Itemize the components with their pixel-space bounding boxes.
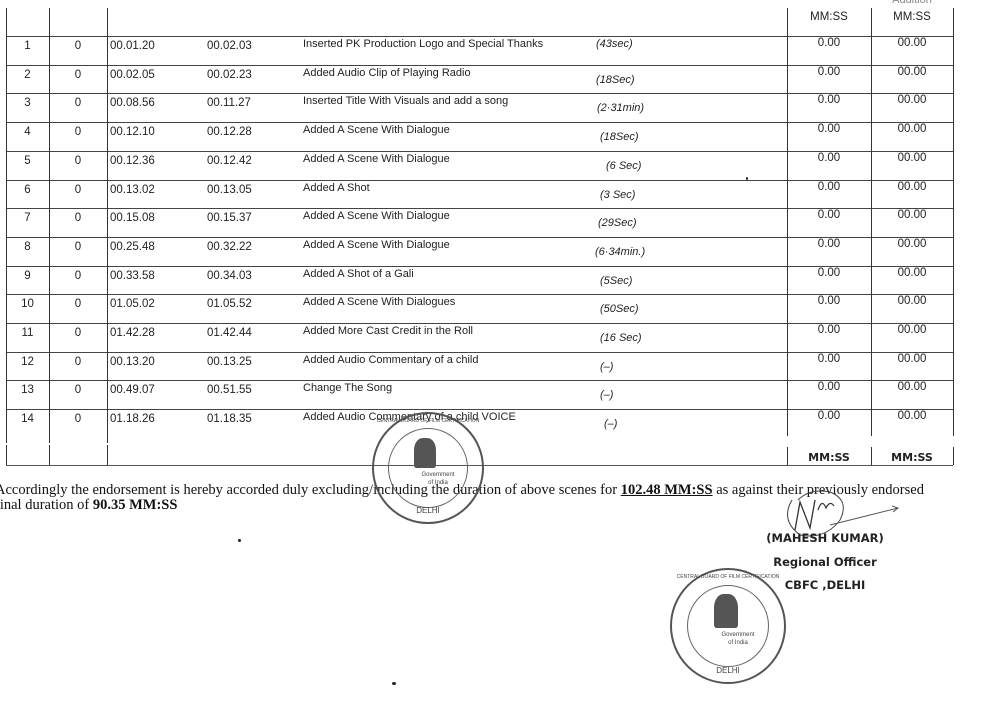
addition-value: 00.00 — [871, 353, 953, 365]
signatory-designation: Regional Officer — [745, 555, 905, 569]
time-from: 00.08.56 — [110, 97, 155, 109]
scene-description: Added A Shot — [303, 182, 370, 194]
time-from: 00.12.36 — [110, 155, 155, 167]
scene-description: Added A Shot of a Gali — [303, 268, 414, 280]
duration-value: 0.00 — [787, 209, 871, 221]
table-row: 6000.13.0200.13.05Added A Shot(3 Sec)0.0… — [0, 180, 1000, 209]
serial-number: 14 — [6, 413, 49, 425]
scene-description: Added A Scene With Dialogue — [303, 153, 450, 165]
table-row: 3000.08.5600.11.27Inserted Title With Vi… — [0, 93, 1000, 122]
reel-number: 0 — [49, 298, 107, 310]
row-divider — [6, 93, 953, 94]
time-to: 00.12.28 — [207, 126, 252, 138]
addition-value: 00.00 — [871, 410, 953, 422]
addition-value: 00.00 — [871, 123, 953, 135]
serial-number: 4 — [6, 126, 49, 138]
table-row: 7000.15.0800.15.37Added A Scene With Dia… — [0, 208, 1000, 237]
duration-total-label: MM:SS — [787, 451, 871, 464]
serial-number: 10 — [6, 298, 49, 310]
column-divider — [107, 8, 108, 443]
cbfc-stamp-icon: Government of India DELHI CENTRAL BOARD … — [670, 568, 786, 684]
reel-number: 0 — [49, 241, 107, 253]
scan-speck — [238, 539, 241, 542]
serial-number: 1 — [6, 40, 49, 52]
scan-speck — [746, 177, 748, 180]
reel-number: 0 — [49, 327, 107, 339]
time-to: 00.32.22 — [207, 241, 252, 253]
column-divider — [953, 8, 954, 436]
row-divider — [6, 208, 953, 209]
scene-description: Change The Song — [303, 382, 392, 394]
handwritten-duration-note: (–) — [604, 418, 617, 430]
handwritten-duration-note: (18Sec) — [596, 74, 635, 86]
column-divider — [871, 447, 872, 465]
handwritten-duration-note: (2·31min) — [597, 102, 644, 114]
stamp-city: DELHI — [374, 506, 482, 515]
duration-value: 0.00 — [787, 238, 871, 250]
time-to: 00.34.03 — [207, 270, 252, 282]
stamp-outer-text: CENTRAL BOARD OF FILM CERTIFICATION — [374, 418, 482, 424]
stamp-inner-text: Government — [384, 472, 492, 478]
time-to: 00.13.25 — [207, 356, 252, 368]
addition-value: 00.00 — [871, 324, 953, 336]
time-from: 00.33.58 — [110, 270, 155, 282]
column-divider — [953, 447, 954, 465]
duration-value: 0.00 — [787, 94, 871, 106]
table-row: 1000.01.2000.02.03Inserted PK Production… — [0, 36, 1000, 65]
time-to: 01.05.52 — [207, 298, 252, 310]
addition-value: 00.00 — [871, 381, 953, 393]
time-to: 01.18.35 — [207, 413, 252, 425]
row-divider — [6, 65, 953, 66]
addition-value: 00.00 — [871, 66, 953, 78]
addition-total-label: MM:SS — [871, 451, 953, 464]
scene-description: Added A Scene With Dialogue — [303, 124, 450, 136]
time-from: 00.13.02 — [110, 184, 155, 196]
time-to: 00.11.27 — [207, 97, 251, 109]
table-row: 9000.33.5800.34.03Added A Shot of a Gali… — [0, 266, 1000, 295]
duration-value: 0.00 — [787, 123, 871, 135]
handwritten-duration-note: (–) — [600, 361, 613, 373]
time-from: 00.12.10 — [110, 126, 155, 138]
serial-number: 9 — [6, 270, 49, 282]
serial-number: 6 — [6, 184, 49, 196]
addition-value: 00.00 — [871, 267, 953, 279]
column-divider — [787, 447, 788, 465]
handwritten-duration-note: (43sec) — [596, 38, 633, 50]
handwritten-duration-note: (50Sec) — [600, 303, 639, 315]
serial-number: 11 — [6, 327, 49, 339]
stamp-inner-text: Government — [682, 632, 794, 638]
duration-value: 0.00 — [787, 324, 871, 336]
final-duration-label: final duration of — [0, 497, 93, 513]
reel-number: 0 — [49, 97, 107, 109]
time-to: 00.12.42 — [207, 155, 252, 167]
table-row: 14001.18.2601.18.35Added Audio Commentar… — [0, 409, 1000, 438]
column-divider — [107, 445, 108, 465]
table-row: 11001.42.2801.42.44Added More Cast Credi… — [0, 323, 1000, 352]
addition-column-header: MM:SS — [871, 11, 953, 23]
table-row: 2000.02.0500.02.23Added Audio Clip of Pl… — [0, 65, 1000, 94]
scan-speck — [392, 682, 396, 685]
addition-column-header-cut: Addition — [871, 0, 953, 6]
row-divider — [6, 266, 953, 267]
serial-number: 2 — [6, 69, 49, 81]
duration-column-header: MM:SS — [787, 11, 871, 23]
time-from: 00.15.08 — [110, 212, 155, 224]
reel-number: 0 — [49, 270, 107, 282]
handwritten-duration-note: (6·34min.) — [595, 246, 645, 258]
scene-description: Inserted PK Production Logo and Special … — [303, 38, 543, 50]
table-row: 13000.49.0700.51.55Change The Song(–)0.0… — [0, 380, 1000, 409]
emblem-icon — [714, 594, 738, 628]
handwritten-duration-note: (18Sec) — [600, 131, 639, 143]
duration-value: 0.00 — [787, 37, 871, 49]
scene-description: Added A Scene With Dialogues — [303, 296, 455, 308]
reel-number: 0 — [49, 155, 107, 167]
time-to: 00.02.03 — [207, 40, 252, 52]
time-from: 00.49.07 — [110, 384, 155, 396]
time-from: 00.13.20 — [110, 356, 155, 368]
handwritten-duration-note: (–) — [600, 389, 613, 401]
handwritten-duration-note: (5Sec) — [600, 275, 632, 287]
reel-number: 0 — [49, 184, 107, 196]
time-from: 01.05.02 — [110, 298, 155, 310]
column-divider — [787, 8, 788, 436]
serial-number: 12 — [6, 356, 49, 368]
reel-number: 0 — [49, 212, 107, 224]
row-divider — [6, 352, 953, 353]
row-divider — [6, 122, 953, 123]
time-to: 00.13.05 — [207, 184, 252, 196]
stamp-inner-text-2: of India — [682, 640, 794, 646]
stamp-city: DELHI — [672, 666, 784, 675]
table-row: 5000.12.3600.12.42Added A Scene With Dia… — [0, 151, 1000, 180]
addition-value: 00.00 — [871, 181, 953, 193]
handwritten-duration-note: (3 Sec) — [600, 189, 635, 201]
reel-number: 0 — [49, 40, 107, 52]
handwritten-duration-note: (29Sec) — [598, 217, 637, 229]
duration-value: 0.00 — [787, 295, 871, 307]
duration-value: 0.00 — [787, 410, 871, 422]
stamp-outer-text: CENTRAL BOARD OF FILM CERTIFICATION — [672, 574, 784, 580]
addition-value: 00.00 — [871, 238, 953, 250]
serial-number: 5 — [6, 155, 49, 167]
duration-value: 0.00 — [787, 152, 871, 164]
scene-description: Added Audio Commentary of a child — [303, 354, 479, 366]
addition-value: 00.00 — [871, 295, 953, 307]
scene-description: Added A Scene With Dialogue — [303, 210, 450, 222]
addition-value: 00.00 — [871, 94, 953, 106]
row-divider — [6, 294, 953, 295]
scene-description: Added A Scene With Dialogue — [303, 239, 450, 251]
duration-value: 0.00 — [787, 267, 871, 279]
certification-table: Addition MM:SS MM:SS 1000.01.2000.02.03I… — [0, 0, 1000, 470]
row-divider — [6, 180, 953, 181]
reel-number: 0 — [49, 69, 107, 81]
row-divider — [6, 151, 953, 152]
row-divider — [6, 380, 953, 381]
excluded-duration-value: 102.48 MM:SS — [621, 482, 713, 498]
row-divider — [6, 409, 953, 410]
table-row: 10001.05.0201.05.52Added A Scene With Di… — [0, 294, 1000, 323]
final-duration-value: 90.35 MM:SS — [93, 497, 178, 513]
serial-number: 3 — [6, 97, 49, 109]
scene-description: Added Audio Clip of Playing Radio — [303, 67, 471, 79]
addition-value: 00.00 — [871, 209, 953, 221]
stamp-inner-text-2: of India — [384, 480, 492, 486]
column-divider — [49, 445, 50, 465]
cbfc-stamp-icon: Government of India DELHI CENTRAL BOARD … — [372, 412, 484, 524]
time-from: 00.01.20 — [110, 40, 155, 52]
row-divider — [6, 36, 953, 37]
handwritten-duration-note: (6 Sec) — [606, 160, 641, 172]
table-row: 12000.13.2000.13.25Added Audio Commentar… — [0, 352, 1000, 381]
emblem-icon — [414, 438, 436, 468]
endorsement-text-pre: Accordingly the endorsement is hereby ac… — [0, 482, 621, 498]
time-from: 00.02.05 — [110, 69, 155, 81]
time-to: 00.02.23 — [207, 69, 252, 81]
table-row: 4000.12.1000.12.28Added A Scene With Dia… — [0, 122, 1000, 151]
serial-number: 7 — [6, 212, 49, 224]
column-divider — [871, 8, 872, 436]
addition-value: 00.00 — [871, 37, 953, 49]
column-divider — [49, 8, 50, 443]
time-from: 01.42.28 — [110, 327, 155, 339]
column-divider — [6, 8, 7, 443]
reel-number: 0 — [49, 413, 107, 425]
serial-number: 13 — [6, 384, 49, 396]
time-to: 00.15.37 — [207, 212, 252, 224]
duration-value: 0.00 — [787, 66, 871, 78]
duration-value: 0.00 — [787, 381, 871, 393]
handwritten-duration-note: (16 Sec) — [600, 332, 642, 344]
table-row: 8000.25.4800.32.22Added A Scene With Dia… — [0, 237, 1000, 266]
time-from: 01.18.26 — [110, 413, 155, 425]
row-divider — [6, 237, 953, 238]
time-from: 00.25.48 — [110, 241, 155, 253]
scene-description: Added More Cast Credit in the Roll — [303, 325, 473, 337]
row-divider — [6, 323, 953, 324]
time-to: 01.42.44 — [207, 327, 252, 339]
scene-description: Inserted Title With Visuals and add a so… — [303, 95, 508, 107]
signatory-name: (MAHESH KUMAR) — [745, 531, 905, 545]
endorsement-line-2: final duration of 90.35 MM:SS — [0, 497, 177, 514]
reel-number: 0 — [49, 356, 107, 368]
addition-value: 00.00 — [871, 152, 953, 164]
reel-number: 0 — [49, 126, 107, 138]
time-to: 00.51.55 — [207, 384, 252, 396]
duration-value: 0.00 — [787, 353, 871, 365]
serial-number: 8 — [6, 241, 49, 253]
column-divider — [6, 445, 7, 465]
duration-value: 0.00 — [787, 181, 871, 193]
reel-number: 0 — [49, 384, 107, 396]
